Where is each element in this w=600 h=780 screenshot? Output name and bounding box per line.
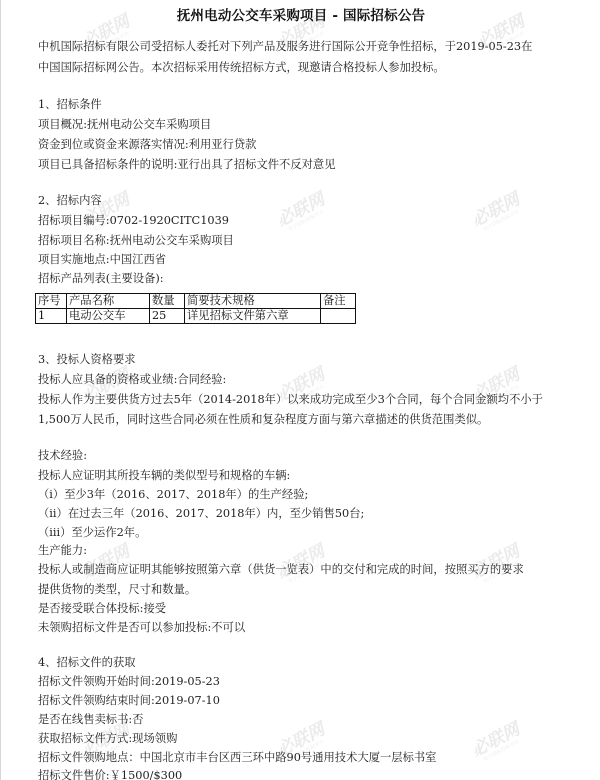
section-2-heading: 2、招标内容	[38, 194, 102, 208]
table-header-row: 序号 产品名称 数量 简要技术规格 备注	[36, 294, 356, 309]
table-header-cell: 序号	[36, 294, 67, 309]
section-3-line: 投标人或制造商应证明其能够按照第六章（供货一览表）中的交付和完成的时间，按照买方…	[38, 563, 524, 577]
watermark: 必联网 电子招标投标平台	[266, 186, 347, 254]
section-3-line: （i）至少3年（2016、2017、2018年）的生产经验;	[38, 488, 308, 502]
section-1-line: 项目概况:抚州电动公交车采购项目	[38, 118, 211, 132]
section-3-line: 技术经验:	[38, 449, 87, 463]
section-2-line: 招标项目编号:0702-1920CITC1039	[38, 214, 229, 228]
table-cell: 电动公交车	[67, 309, 150, 324]
section-2-line: 招标项目名称:抚州电动公交车采购项目	[38, 234, 234, 248]
section-3-line: 投标人应具备的资格或业绩:合同经验:	[38, 373, 226, 387]
section-4-line: 招标文件领购开始时间:2019-05-23	[38, 675, 220, 689]
table-cell: 1	[36, 309, 67, 324]
section-3-line: 投标人应证明其所投车辆的类似型号和规格的车辆:	[38, 469, 290, 483]
section-3-line: 是否接受联合体投标:接受	[38, 602, 166, 616]
watermark: 必联网 电子招标投标平台	[266, 716, 347, 780]
section-4-heading: 4、招标文件的获取	[38, 656, 136, 670]
watermark: 必联网 电子招标投标平台	[461, 186, 542, 254]
intro-line-1: 中机国际招标有限公司受招标人委托对下列产品及服务进行国际公开竞争性招标，于201…	[38, 40, 532, 54]
section-2-line: 招标产品列表(主要设备):	[38, 272, 164, 286]
document-title: 抚州电动公交车采购项目 - 国际招标公告	[1, 4, 600, 24]
section-3-line: 1,500万人民币，同时这些合同必须在性质和复杂程度方面与第六章描述的供货范围类…	[38, 413, 488, 427]
table-row: 1 电动公交车 25 详见招标文件第六章	[36, 309, 356, 324]
section-3-line: 未领购招标文件是否可以参加投标:不可以	[38, 621, 245, 635]
section-3-line: 投标人作为主要供货方过去5年（2014-2018年）以来成功完成至少3个合同，每…	[38, 393, 543, 407]
intro-line-2: 中国国际招标网公告。本次招标采用传统招标方式，现邀请合格投标人参加投标。	[38, 61, 445, 75]
section-4-line: 招标文件领购结束时间:2019-07-10	[38, 694, 220, 708]
section-4-line: 获取招标文件方式:现场领购	[38, 732, 177, 746]
table-header-cell: 数量	[150, 294, 185, 309]
table-cell: 详见招标文件第六章	[185, 309, 321, 324]
table-cell: 25	[150, 309, 185, 324]
document-page: 抚州电动公交车采购项目 - 国际招标公告 中机国际招标有限公司受招标人委托对下列…	[0, 0, 600, 780]
section-1-line: 资金到位或资金来源落实情况:利用亚行贷款	[38, 138, 256, 152]
section-3-line: 提供货物的类型，尺寸和数量。	[38, 583, 196, 597]
watermark: 必联网 电子招标投标平台	[461, 716, 542, 780]
table-header-cell: 产品名称	[67, 294, 150, 309]
product-list-table: 序号 产品名称 数量 简要技术规格 备注 1 电动公交车 25 详见招标文件第六…	[35, 293, 356, 324]
section-3-line: 生产能力:	[38, 544, 87, 558]
section-3-line: （ii）在过去三年（2016、2017、2018年）内，至少销售50台;	[38, 507, 364, 521]
section-1-heading: 1、招标条件	[38, 98, 102, 112]
section-4-line: 招标文件领购地点：中国北京市丰台区西三环中路90号通用技术大厦一层标书室	[38, 751, 436, 765]
section-3-heading: 3、投标人资格要求	[38, 353, 136, 367]
table-header-cell: 备注	[321, 294, 356, 309]
section-3-line: （iii）至少运作2年。	[38, 526, 146, 540]
section-4-line: 是否在线售卖标书:否	[38, 713, 143, 727]
section-2-line: 项目实施地点:中国江西省	[38, 253, 166, 267]
table-cell	[321, 309, 356, 324]
table-header-cell: 简要技术规格	[185, 294, 321, 309]
section-4-line: 招标文件售价:￥1500/$300	[38, 769, 182, 780]
section-1-line: 项目已具备招标条件的说明:亚行出具了招标文件不反对意见	[38, 158, 336, 172]
